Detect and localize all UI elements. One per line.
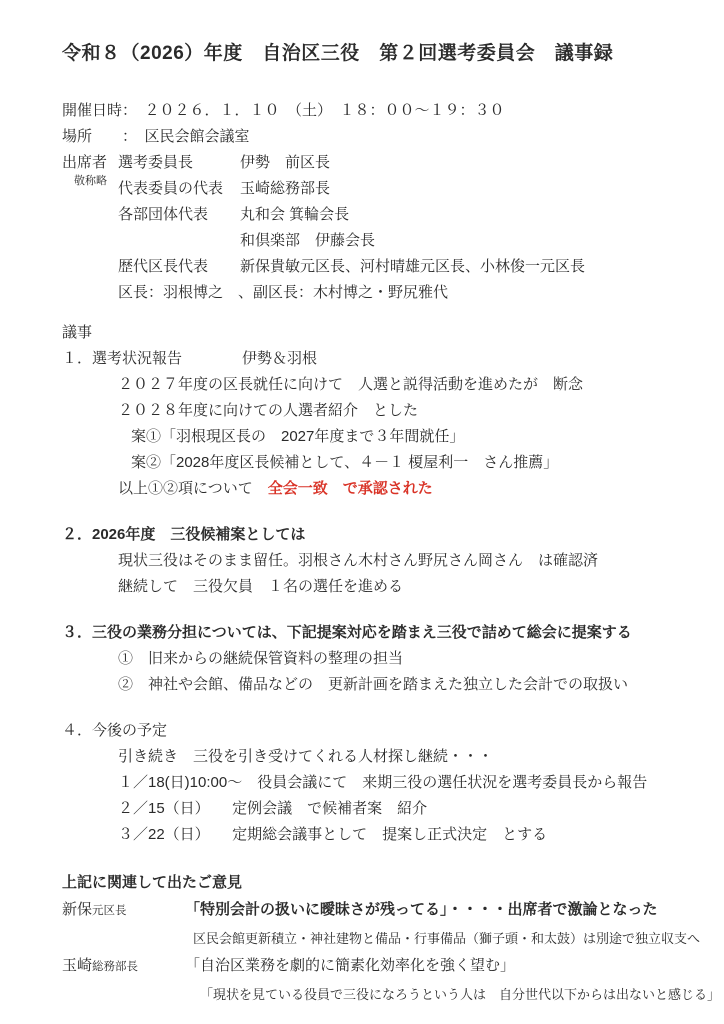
opinion-note: 区民会館更新積立・神社建物と備品・行事備品（獅子頭・和太鼓）は別途で独立収支へ <box>193 925 688 952</box>
agenda-case-line: 案①「羽根現区長の 2027年度まで３年間就任」 <box>131 424 688 450</box>
agenda-numbered-item: ② 神社や会館、備品などの 更新計画を踏まえた独立した会計での取扱い <box>118 672 688 698</box>
opinion-text: 「自治区業務を劇的に簡素化効率化を強く望む」 <box>185 952 515 981</box>
attendee-row: 和倶楽部 伊藤会長 <box>118 228 688 254</box>
speaker-title: 元区長 <box>92 905 127 917</box>
attendees-label-block: 出席者 敬称略 <box>62 150 118 188</box>
speaker-name: 玉崎 <box>62 957 92 974</box>
attendees-section: 出席者 敬称略 選考委員長 伊勢 前区長 代表委員の代表 玉崎総務部長 各部団体… <box>62 150 688 280</box>
agenda-line: 現状三役はそのまま留任。羽根さん木村さん野尻さん岡さん は確認済 <box>118 548 688 574</box>
agenda-line: 引き続き 三役を引き受けてくれる人材探し継続・・・ <box>118 744 688 770</box>
attendee-name: 丸和会 箕輪会長 <box>240 202 349 228</box>
attendees-label: 出席者 <box>62 150 118 176</box>
attendee-name: 新保貴敏元区長、河村晴雄元区長、小林俊一元区長 <box>240 254 585 280</box>
opinions-heading: 上記に関連して出たご意見 <box>62 870 688 896</box>
attendee-row: 選考委員長 伊勢 前区長 <box>118 150 688 176</box>
agenda-section-2: ２．2026年度 三役候補案としては 現状三役はそのまま留任。羽根さん木村さん野… <box>62 522 688 600</box>
attendee-row: 歴代区長代表 新保貴敏元区長、河村晴雄元区長、小林俊一元区長 <box>118 254 688 280</box>
meeting-datetime: 開催日時： ２０２６．１．１０ （土） １８：００～１９：３０ <box>62 98 688 124</box>
opinion-note: 「現状を見ている役員で三役になろうという人は 自分世代以下からは出ないと感じる」 <box>200 981 688 1008</box>
section-2-heading: ２．2026年度 三役候補案としては <box>62 522 688 548</box>
section-3-heading: ３．三役の業務分担については、下記提案対応を踏まえ三役で詰めて総会に提案する <box>62 620 688 646</box>
agenda-case-line: 案②「2028年度区長候補として、４－１ 榎屋利一 さん推薦」 <box>131 450 688 476</box>
approval-highlight: 全会一致 で承認された <box>268 480 433 497</box>
section-1-heading-text: １．選考状況報告 <box>62 350 182 367</box>
schedule-line: ３／22（日） 定期総会議事として 提案し正式決定 とする <box>118 822 688 848</box>
attendee-role: 各部団体代表 <box>118 202 240 228</box>
attendee-row: 各部団体代表 丸和会 箕輪会長 <box>118 202 688 228</box>
agenda-line: 継続して 三役欠員 １名の選任を進める <box>118 574 688 600</box>
agenda-numbered-item: ① 旧来からの継続保管資料の整理の担当 <box>118 646 688 672</box>
section-1-heading: １．選考状況報告伊勢＆羽根 <box>62 346 688 372</box>
attendee-role: 代表委員の代表 <box>118 176 240 202</box>
officers-line: 区長：羽根博之 、副区長：木村博之・野尻雅代 <box>118 280 688 306</box>
attendee-role <box>118 228 240 254</box>
opinion-row: 新保元区長 「特別会計の扱いに曖昧さが残ってる」・・・・出席者で激論となった <box>62 896 688 925</box>
approval-line: 以上①②項について全会一致 で承認された <box>118 476 688 502</box>
agenda-line: ２０２８年度に向けての人選者紹介 とした <box>118 398 688 424</box>
agenda-section-3: ３．三役の業務分担については、下記提案対応を踏まえ三役で詰めて総会に提案する ①… <box>62 620 688 698</box>
agenda-line: ２０２７年度の区長就任に向けて 人選と説得活動を進めたが 断念 <box>118 372 688 398</box>
attendees-list: 選考委員長 伊勢 前区長 代表委員の代表 玉崎総務部長 各部団体代表 丸和会 箕… <box>118 150 688 280</box>
opinion-row: 玉崎総務部長 「自治区業務を劇的に簡素化効率化を強く望む」 <box>62 952 688 981</box>
opinion-text: 「特別会計の扱いに曖昧さが残ってる」・・・・出席者で激論となった <box>185 896 658 925</box>
opinions-section: 上記に関連して出たご意見 新保元区長 「特別会計の扱いに曖昧さが残ってる」・・・… <box>62 870 688 1008</box>
attendee-name: 伊勢 前区長 <box>240 150 330 176</box>
agenda-section-1: １．選考状況報告伊勢＆羽根 ２０２７年度の区長就任に向けて 人選と説得活動を進め… <box>62 346 688 502</box>
meeting-place: 場所 ： 区民会館会議室 <box>62 124 688 150</box>
speaker-title: 総務部長 <box>92 961 138 973</box>
schedule-line: ２／15（日） 定例会議 で候補者案 紹介 <box>118 796 688 822</box>
speaker-name: 新保 <box>62 901 92 918</box>
opinion-speaker: 玉崎総務部長 <box>62 952 185 981</box>
agenda-section-4: ４．今後の予定 引き続き 三役を引き受けてくれる人材探し継続・・・ １／18(日… <box>62 718 688 848</box>
document-page: 令和８（2026）年度 自治区三役 第２回選考委員会 議事録 開催日時： ２０２… <box>0 0 724 1024</box>
page-title: 令和８（2026）年度 自治区三役 第２回選考委員会 議事録 <box>62 42 688 66</box>
section-1-reporters: 伊勢＆羽根 <box>242 350 317 367</box>
attendee-name: 和倶楽部 伊藤会長 <box>240 228 375 254</box>
attendee-row: 代表委員の代表 玉崎総務部長 <box>118 176 688 202</box>
honorifics-note: 敬称略 <box>62 174 118 188</box>
agenda-label: 議事 <box>62 320 688 346</box>
attendee-role: 歴代区長代表 <box>118 254 240 280</box>
schedule-line: １／18(日)10:00～ 役員会議にて 来期三役の選任状況を選考委員長から報告 <box>118 770 688 796</box>
opinion-speaker: 新保元区長 <box>62 896 185 925</box>
attendee-name: 玉崎総務部長 <box>240 176 330 202</box>
attendee-role: 選考委員長 <box>118 150 240 176</box>
approval-prefix: 以上①②項について <box>118 480 253 497</box>
section-4-heading: ４．今後の予定 <box>62 718 688 744</box>
